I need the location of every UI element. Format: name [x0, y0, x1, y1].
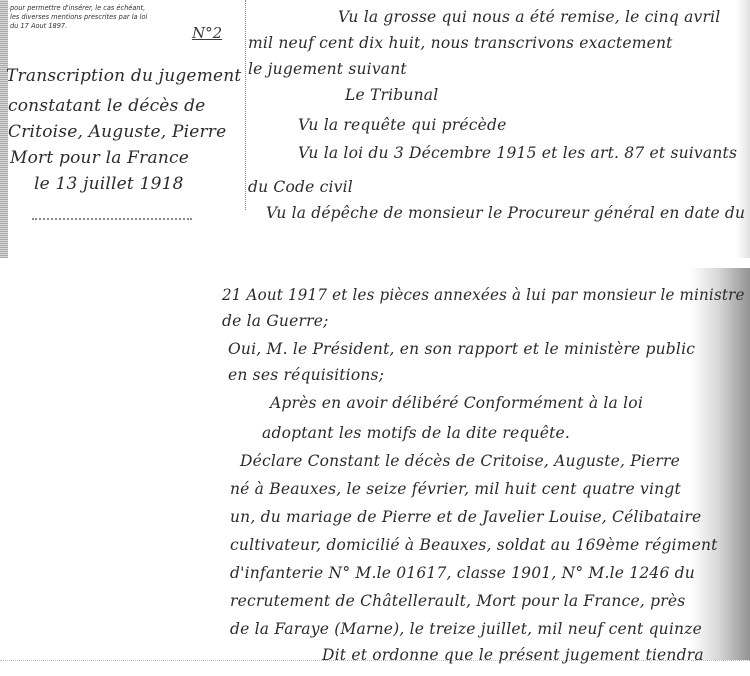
handwritten-line: Vu la dépêche de monsieur le Procureur g… — [266, 204, 745, 222]
handwritten-line: du Code civil — [248, 178, 353, 196]
handwritten-line: le jugement suivant — [248, 60, 407, 78]
margin-note-line: constatant le décès de — [8, 96, 205, 116]
margin-note-line: le 13 juillet 1918 — [34, 174, 184, 194]
printed-notice-line: pour permettre d'insérer, le cas échéant… — [10, 4, 180, 13]
page-number: N°2 — [192, 24, 222, 42]
handwritten-line: de la Faraye (Marne), le treize juillet,… — [230, 620, 702, 638]
handwritten-line: Vu la grosse qui nous a été remise, le c… — [338, 8, 720, 26]
printed-notice-line: les diverses mentions prescrites par la … — [10, 13, 180, 22]
handwritten-line: Vu la requête qui précède — [298, 116, 506, 134]
printed-legal-notice: pour permettre d'insérer, le cas échéant… — [10, 4, 180, 31]
handwritten-line: Le Tribunal — [345, 86, 438, 104]
handwritten-line: adoptant les motifs de la dite requête. — [262, 424, 570, 442]
handwritten-line: Dit et ordonne que le présent jugement t… — [322, 646, 704, 664]
handwritten-line: Après en avoir délibéré Conformément à l… — [270, 394, 643, 412]
scan-edge-shadow-left — [0, 0, 8, 258]
handwritten-line: Déclare Constant le décès de Critoise, A… — [240, 452, 680, 470]
handwritten-line: Oui, M. le Président, en son rapport et … — [228, 340, 695, 358]
margin-note-line: Critoise, Auguste, Pierre — [8, 122, 226, 142]
handwritten-line: cultivateur, domicilié à Beauxes, soldat… — [230, 536, 718, 554]
handwritten-line: né à Beauxes, le seize février, mil huit… — [230, 480, 681, 498]
handwritten-line: d'infanterie N° M.le 01617, classe 1901,… — [230, 564, 695, 582]
handwritten-line: de la Guerre; — [222, 312, 329, 330]
handwritten-line: Vu la loi du 3 Décembre 1915 et les art.… — [298, 144, 737, 162]
printed-notice-line: du 17 Aout 1897. — [10, 22, 180, 31]
dotted-separator — [32, 218, 192, 222]
scanned-document-page: pour permettre d'insérer, le cas échéant… — [0, 0, 750, 676]
handwritten-line: 21 Aout 1917 et les pièces annexées à lu… — [222, 286, 745, 304]
scan-edge-shadow-right — [690, 268, 750, 660]
margin-note-line: Mort pour la France — [10, 148, 189, 168]
handwritten-line: recrutement de Châtellerault, Mort pour … — [230, 592, 685, 610]
margin-note-line: Transcription du jugement — [6, 66, 241, 86]
handwritten-line: un, du mariage de Pierre et de Javelier … — [230, 508, 701, 526]
handwritten-line: mil neuf cent dix huit, nous transcrivon… — [248, 34, 673, 52]
margin-divider-line — [245, 0, 246, 210]
handwritten-line: en ses réquisitions; — [228, 366, 384, 384]
